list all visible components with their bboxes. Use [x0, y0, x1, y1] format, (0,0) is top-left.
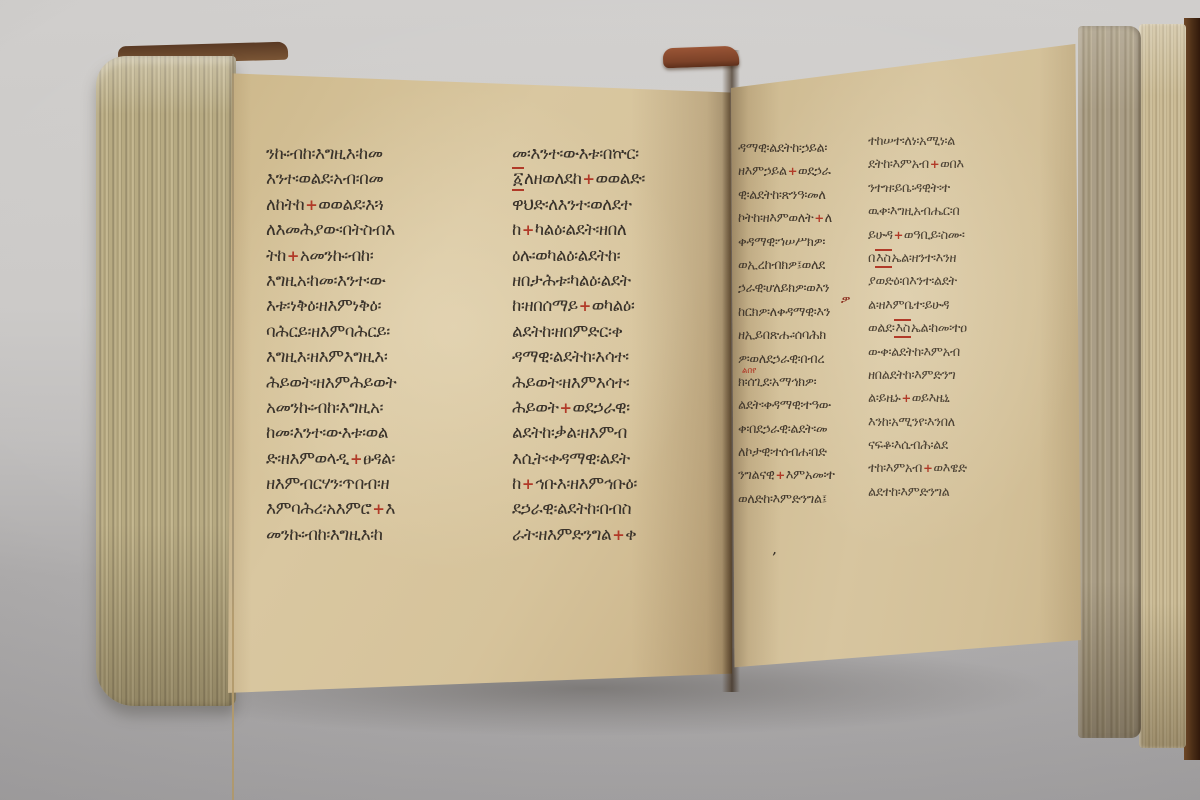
- manuscript-line: ከ+ኅቡእ፡ዘእምኅቡዕ፡: [512, 472, 730, 497]
- left-page-edge-stack: [96, 56, 236, 706]
- manuscript-line: ዊ፡ልደትከ፡ጽንዓ፡መለ: [738, 184, 866, 207]
- right-fore-edge-stack: [1078, 26, 1141, 738]
- red-cross-mark: +: [787, 164, 798, 178]
- manuscript-line: ዘኢይበጽሑ፡ሰባሕክ: [738, 324, 866, 347]
- manuscript-line: ልደትከ፡ቃል፡ዘእምብ: [512, 421, 730, 446]
- margin-note: ቃ: [841, 292, 851, 307]
- manuscript-line: እንከ፡አሚንየ፡እንበለ: [868, 411, 998, 434]
- manuscript-line: ል፡ዘእምቤተ፡ይሁዳ: [868, 294, 998, 317]
- manuscript-line: ወልደ፡እስኤል፡ከመ፡ተዐ: [868, 317, 998, 340]
- right-page-column-2: ተከሠተ፡ለነ፡አሚነ፡ልደትከ፡እምአብ+ወበእንተዝ፡ይቤ፡ዳዊት፡ተዉቀ፡…: [868, 130, 998, 508]
- red-cross-mark: +: [521, 475, 535, 493]
- bookmark-thread: [232, 54, 234, 800]
- manuscript-line: ልደት፡ቀዳማዊ፡ተዓው: [738, 394, 866, 417]
- manuscript-line: ቀ፡በደኃራዊ፡ልደት፡መ: [738, 418, 866, 441]
- manuscript-line: እሲት፡ቀዳማዊ፡ልደት: [512, 447, 730, 472]
- manuscript-line: ደትከ፡እምአብ+ወበእ: [868, 153, 998, 176]
- manuscript-line: ቀዳማዊ፡ኀሠሥክዎ፡: [738, 231, 866, 254]
- manuscript-line: ዎ፡ወለደኃራዊ፡በብረ: [738, 348, 866, 371]
- red-cross-mark: +: [581, 170, 595, 188]
- manuscript-line: ዉቀ፡እግዚአብሔር፡በ: [868, 200, 998, 223]
- manuscript-line: እግዚእ፡ዘእምእግዚእ፡: [266, 345, 506, 370]
- red-framed-abbreviation: እስ: [875, 249, 892, 268]
- red-cross-mark: +: [558, 399, 572, 417]
- manuscript-line: ልደተከ፡እምድንግል: [868, 481, 998, 504]
- left-page-column-2: መ፡እንተ፡ውእቱ፡በኵር፡፩ለዘወለደከ+ወወልድ፡ዋህድ፡ለእንተ፡ወለደተ…: [512, 142, 730, 554]
- manuscript-line: በእስኤል፡ዘንተ፡እንዘ: [868, 247, 998, 270]
- manuscript-line: እግዚአ፡ከመ፡እንተ፡ው: [266, 269, 506, 294]
- manuscript-line: ወኢረከብክዎ፤ወለደ: [738, 254, 866, 277]
- manuscript-line: ዳማዊ፡ልደትከ፡እሳተ፡: [512, 345, 730, 370]
- manuscript-line: እንተ፡ወልደ፡አብ፡በመ: [266, 167, 506, 192]
- manuscript-line: ዘእምብርሃን፡ጥበብ፡ዘ: [266, 472, 506, 497]
- manuscript-line: ናፍቆ፡እሴብሕ፡ልደ: [868, 434, 998, 457]
- manuscript-line: ተከሠተ፡ለነ፡አሚነ፡ል: [868, 130, 998, 153]
- manuscript-line: ደኃራዊ፡ልደትከ፡በብስ: [512, 497, 730, 522]
- manuscript-line: እምባሕረ፡አእምሮ+እ: [266, 497, 506, 522]
- scribal-flourish-mark: ,: [771, 540, 779, 559]
- manuscript-line: ያወድዕ፡በእንተ፡ልደት: [868, 270, 998, 293]
- left-page-column-1: ንኩ፡ብከ፡እግዚእ፡ከመእንተ፡ወልደ፡አብ፡በመለከትከ+ወወልደ፡እጓለእ…: [266, 142, 506, 554]
- red-cross-mark: +: [578, 297, 592, 315]
- red-cross-mark: +: [304, 196, 318, 214]
- back-cover-leather: [1184, 18, 1200, 760]
- museum-photo-backdrop: ንኩ፡ብከ፡እግዚእ፡ከመእንተ፡ወልደ፡አብ፡በመለከትከ+ወወልደ፡እጓለእ…: [0, 0, 1200, 800]
- manuscript-line: ወለድከ፡እምድንግል፤: [738, 488, 866, 511]
- manuscript-line: ለኮታዊ፡ተሰብሐ፡በድ: [738, 441, 866, 464]
- manuscript-line: ተከ፡እምአብ+ወእዌድ: [868, 457, 998, 480]
- red-cross-mark: +: [929, 157, 940, 171]
- red-framed-abbreviation: እስ: [894, 319, 911, 338]
- manuscript-line: እቱ፡ነቅዕ፡ዘእምነቅዕ፡: [266, 294, 506, 319]
- manuscript-line: ድ፡ዘእምወላዲ+ፀዳል፡: [266, 447, 506, 472]
- manuscript-line: አመንኩ፡ብከ፡እግዚአ፡: [266, 396, 506, 421]
- manuscript-line: ል፡ይዜኑ+ወይእዜኒ: [868, 387, 998, 410]
- left-page: ንኩ፡ብከ፡እግዚእ፡ከመእንተ፡ወልደ፡አብ፡በመለከትከ+ወወልደ፡እጓለእ…: [226, 58, 732, 698]
- gutter-leather-fragment: [663, 46, 740, 69]
- manuscript-line: ዳማዊ፡ልደትከ፡ኃይል፡: [738, 137, 866, 160]
- manuscript-line: ዋህድ፡ለእንተ፡ወለደተ: [512, 193, 730, 218]
- manuscript-line: ከ፡ዘበሰማይ+ወካልዕ፡: [512, 294, 730, 319]
- manuscript-line: ሕይወት፡ዘእምሕይወት: [266, 371, 506, 396]
- red-cross-mark: +: [922, 461, 933, 475]
- red-cross-mark: +: [893, 228, 904, 242]
- red-cross-mark: +: [900, 391, 911, 405]
- manuscript-line: ለከትከ+ወወልደ፡እጓ: [266, 193, 506, 218]
- manuscript-line: ዕሉ፡ወካልዕ፡ልደትከ፡: [512, 244, 730, 269]
- red-framed-numeral: ፩: [512, 167, 524, 191]
- manuscript-line: ኮትከ፡ዘእምወለት+ለ: [738, 207, 866, 230]
- right-page-column-1: ዳማዊ፡ልደትከ፡ኃይል፡ዘእምኃይል+ወደኃራዊ፡ልደትከ፡ጽንዓ፡መለኮትከ…: [738, 137, 866, 515]
- manuscript-line: ለእመሕያው፡በትስብእ: [266, 218, 506, 243]
- manuscript-line: መ፡እንተ፡ውእቱ፡በኵር፡: [512, 142, 730, 167]
- red-interlinear-gloss: ልበየ: [742, 366, 756, 376]
- red-cross-mark: +: [349, 450, 363, 468]
- red-cross-mark: +: [611, 526, 625, 544]
- manuscript-line: ሕይወት፡ዘእምእሳተ፡: [512, 371, 730, 396]
- manuscript-line: ውቀ፡ልደትከ፡እምአብ: [868, 341, 998, 364]
- manuscript-line: ትከ+አመንኩ፡ብከ፡: [266, 244, 506, 269]
- red-cross-mark: +: [371, 500, 385, 518]
- manuscript-line: ዘእምኃይል+ወደኃራ: [738, 160, 866, 183]
- manuscript-line: ዘበልደትከ፡እምድንግ: [868, 364, 998, 387]
- manuscript-line: ንግልናዊ+እምአመ፡ተ: [738, 464, 866, 487]
- manuscript-line: ባሕርይ፡ዘእምባሕርይ፡: [266, 320, 506, 345]
- red-cross-mark: +: [813, 211, 824, 225]
- manuscript-line: ንኩ፡ብከ፡እግዚእ፡ከመ: [266, 142, 506, 167]
- right-page: ዳማዊ፡ልደትከ፡ኃይል፡ዘእምኃይል+ወደኃራዊ፡ልደትከ፡ጽንዓ፡መለኮትከ…: [731, 40, 1081, 688]
- manuscript-line: ልደትከ፡ዘበምድር፡ቀ: [512, 320, 730, 345]
- manuscript-line: ንተዝ፡ይቤ፡ዳዊት፡ተ: [868, 177, 998, 200]
- manuscript-line: ከ+ካልዕ፡ልደት፡ዘበለ: [512, 218, 730, 243]
- red-cross-mark: +: [521, 221, 535, 239]
- manuscript-line: መንኩ፡ብከ፡እግዚእ፡ከ: [266, 523, 506, 548]
- manuscript-line: ክ፡ሰጊደ፡አማኅክዎ፡: [738, 371, 866, 394]
- manuscript-line: ይሁዳ+ወዓቢይ፡ስሙ፡: [868, 224, 998, 247]
- manuscript-line: ራት፡ዘእምድንግል+ቀ: [512, 523, 730, 548]
- red-cross-mark: +: [774, 468, 785, 482]
- manuscript-line: ሕይወት+ወደኃራዊ፡: [512, 396, 730, 421]
- red-cross-mark: +: [286, 247, 300, 265]
- manuscript-line: ዘበታሕቱ፡ካልዕ፡ልደት: [512, 269, 730, 294]
- manuscript-line: ከመ፡እንተ፡ውእቱ፡ወል: [266, 421, 506, 446]
- manuscript-line: ፩ለዘወለደከ+ወወልድ፡: [512, 167, 730, 192]
- right-page-block-edge: [1139, 24, 1186, 748]
